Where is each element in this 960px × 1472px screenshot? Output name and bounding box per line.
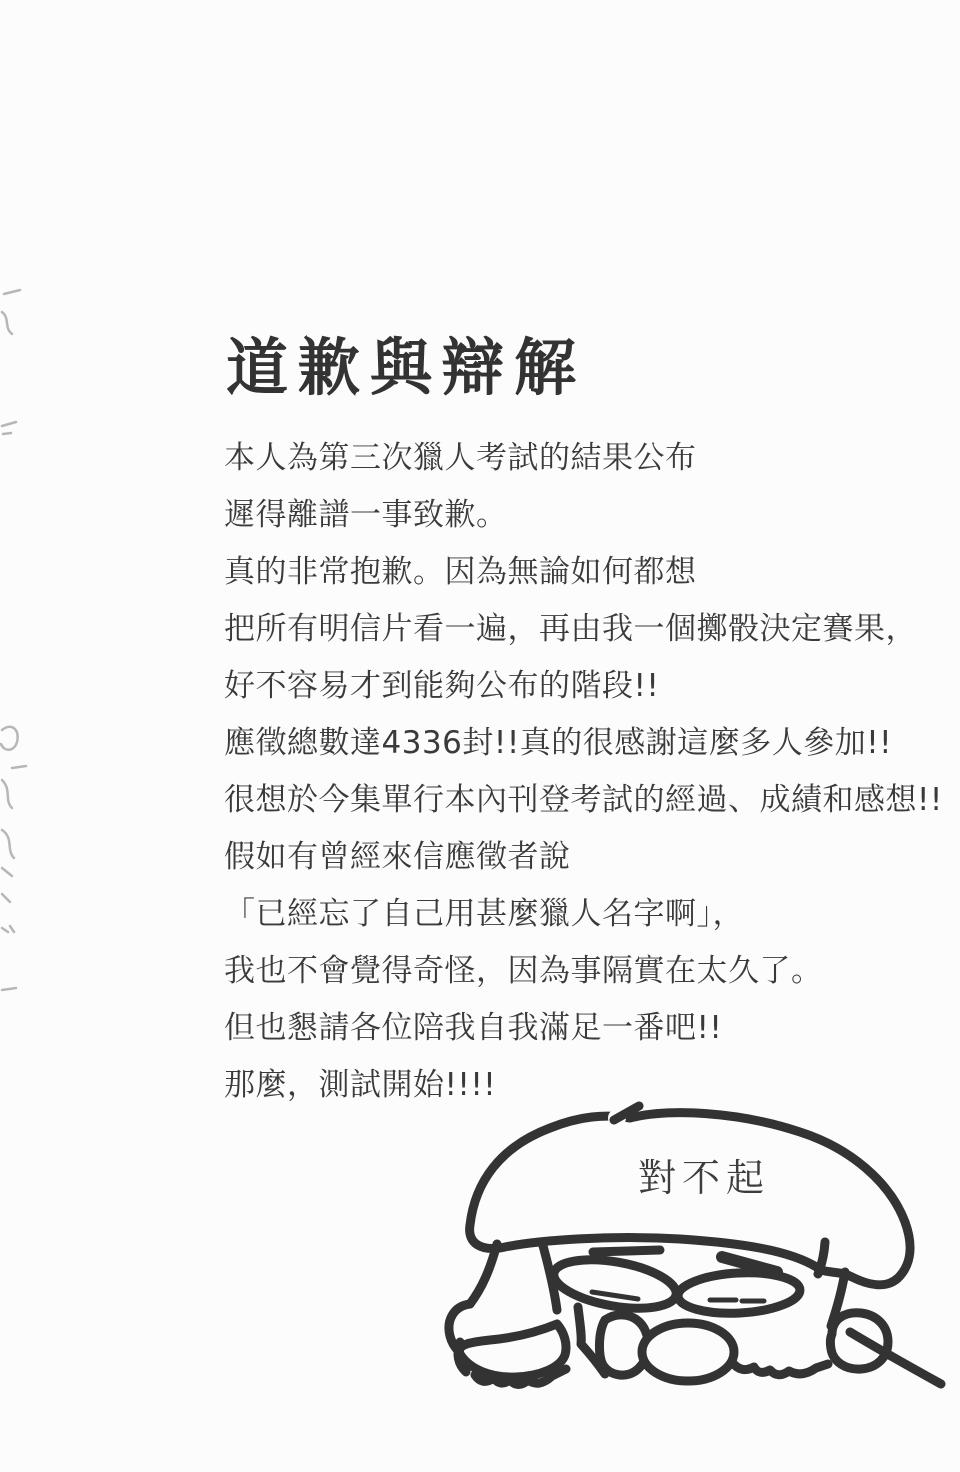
body-line: 真的非常抱歉。因為無論如何都想 [224, 544, 924, 601]
body-line: 本人為第三次獵人考試的結果公布 [224, 430, 924, 487]
body-line: 應徵總數達4336封!!真的很感謝這麼多人參加!! [224, 715, 924, 772]
page-title: 道歉與辯解 [226, 318, 586, 407]
apology-text-block: 本人為第三次獵人考試的結果公布 遲得離譜一事致歉。 真的非常抱歉。因為無論如何都… [224, 430, 924, 1114]
body-line: 「已經忘了自己用甚麼獵人名字啊」， [224, 886, 924, 943]
scan-artifact-marks [0, 278, 30, 1018]
body-line: 遲得離譜一事致歉。 [224, 487, 924, 544]
face-blob [642, 1323, 734, 1381]
right-hand [677, 1270, 801, 1316]
left-hand-stroke [593, 1250, 660, 1252]
illustration-caption: 對不起 [638, 1147, 770, 1202]
body-line: 把所有明信片看一遍，再由我一個擲骰決定賽果， [224, 601, 924, 658]
left-hand [550, 1252, 680, 1317]
body-line: 很想於今集單行本內刊登考試的經過、成績和感想!! [224, 772, 924, 829]
body-line: 好不容易才到能夠公布的階段!! [224, 658, 924, 715]
body-line: 我也不會覺得奇怪，因為事隔實在太久了。 [224, 943, 924, 1000]
body-line: 假如有曾經來信應徵者說 [224, 829, 924, 886]
left-fist [459, 1324, 566, 1377]
bowing-figure-illustration: 對不起 [420, 1092, 960, 1472]
body-line: 但也懇請各位陪我自我滿足一番吧!! [224, 1000, 924, 1057]
left-arm-outer [470, 1244, 497, 1304]
right-fingers [732, 1362, 828, 1375]
right-hand-line [710, 1300, 764, 1301]
